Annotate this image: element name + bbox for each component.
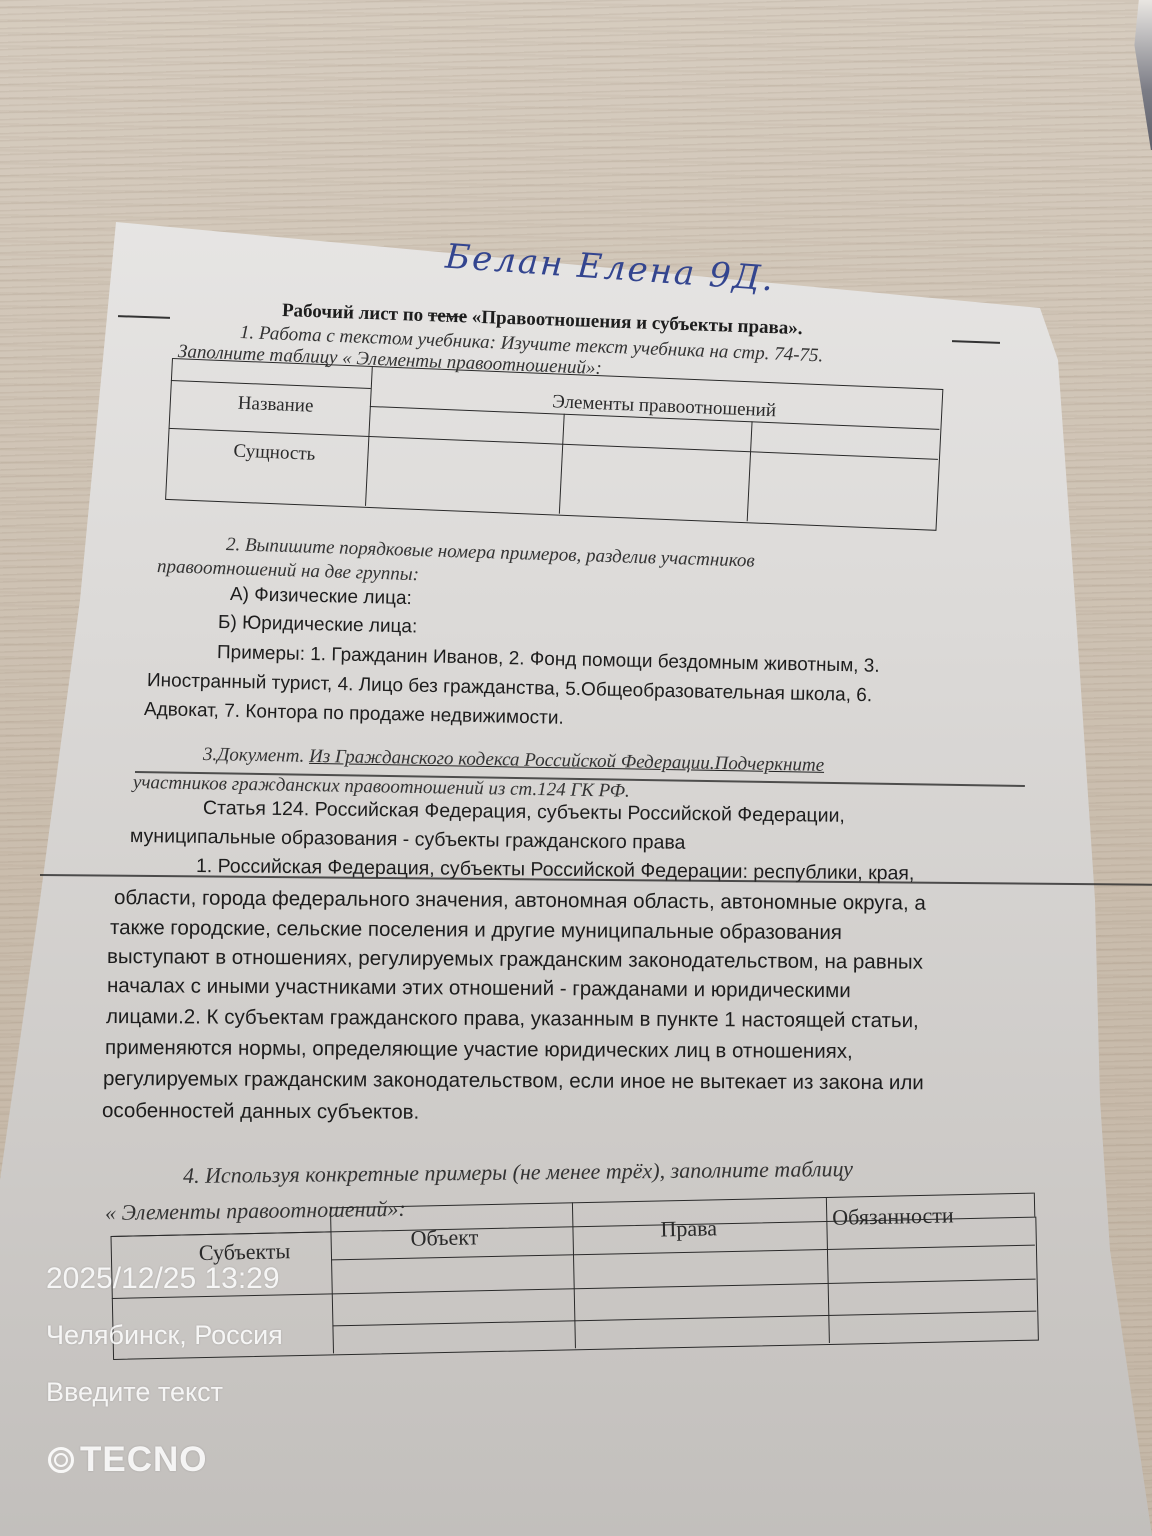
- margin-dash: [952, 340, 1000, 344]
- handwritten-name: Белан Елена 9Д.: [444, 237, 776, 300]
- task3-prefix: 3.Документ.: [203, 744, 309, 767]
- title-struck-word: теме: [428, 305, 468, 327]
- column-header-object: Объект: [410, 1224, 478, 1251]
- article-title: Статья 124. Российская Федерация, субъек…: [203, 797, 845, 828]
- watermark-brand: TECNO: [48, 1440, 208, 1480]
- article-body-line: особенностей данных субъектов.: [102, 1099, 419, 1125]
- article-body-line: регулируемых гражданским законодательств…: [103, 1067, 924, 1095]
- article-body-line: области, города федерального значения, а…: [114, 886, 926, 916]
- brand-name: TECNO: [80, 1440, 208, 1480]
- margin-dash: [118, 315, 170, 319]
- task3-action: Подчеркните: [714, 753, 824, 776]
- tecno-logo-icon: [48, 1447, 74, 1473]
- table1-row-label-essence: Сущность: [233, 441, 316, 466]
- task3-source: Из Гражданского кодекса Российской Федер…: [309, 746, 715, 774]
- article-body-line: лицами.2. К субъектам гражданского права…: [106, 1005, 919, 1033]
- article-title-2: муниципальные образования - субъекты гра…: [130, 825, 686, 855]
- article-body-line: выступают в отношениях, регулируемых гра…: [107, 945, 923, 975]
- examples-line: Примеры: 1. Гражданин Иванов, 2. Фонд по…: [217, 642, 880, 678]
- article-body-line: также городские, сельские поселения и др…: [110, 916, 842, 945]
- group-b-label: Б) Юридические лица:: [218, 612, 418, 639]
- watermark-text-hint: Введите текст: [46, 1377, 223, 1408]
- group-a-label: А) Физические лица:: [230, 584, 412, 610]
- article-body-line: началах с иными участниками этих отношен…: [107, 974, 851, 1003]
- column-header-rights: Права: [660, 1215, 717, 1242]
- table1-row-label-name: Название: [237, 393, 314, 418]
- task4-instruction: 4. Используя конкретные примеры (не мене…: [183, 1156, 853, 1189]
- title-prefix: Рабочий лист по: [282, 300, 429, 326]
- column-header-duties: Обязанности: [832, 1202, 954, 1231]
- worksheet: Белан Елена 9Д. Рабочий лист по теме «Пр…: [0, 0, 1152, 1536]
- watermark-location: Челябинск, Россия: [46, 1320, 283, 1351]
- elements-table-1: Элементы правоотношений Название Сущност…: [165, 358, 941, 529]
- watermark-datetime: 2025/12/25 13:29: [46, 1262, 280, 1296]
- task3-instruction: 3.Документ. Из Гражданского кодекса Росс…: [203, 744, 825, 777]
- article-body-line: применяются нормы, определяющие участие …: [105, 1036, 853, 1064]
- examples-line: Адвокат, 7. Контора по продаже недвижимо…: [144, 699, 564, 730]
